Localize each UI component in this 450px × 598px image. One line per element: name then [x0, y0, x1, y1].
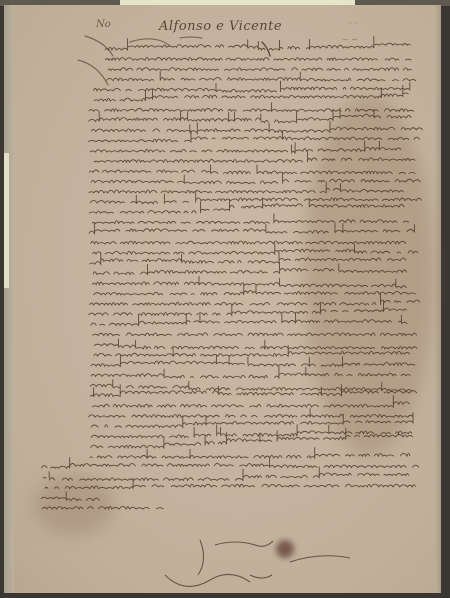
script-line — [90, 379, 412, 391]
script-line — [108, 68, 412, 71]
script-line — [43, 466, 409, 480]
script-line — [90, 141, 407, 154]
script-line — [92, 395, 410, 407]
script-line — [91, 355, 416, 367]
script-line — [94, 152, 416, 163]
script-line — [89, 222, 415, 233]
script-line — [90, 447, 410, 458]
script-line — [91, 366, 416, 378]
script-line — [88, 130, 419, 142]
script-line — [41, 492, 100, 501]
script-line — [94, 85, 409, 101]
script-line — [93, 333, 417, 336]
script-line — [94, 339, 417, 349]
script-line — [93, 262, 407, 274]
script-line — [94, 81, 410, 92]
script-line — [41, 457, 419, 468]
script-line — [91, 121, 422, 134]
script-line — [42, 506, 164, 509]
script-line — [90, 293, 420, 305]
script-line — [89, 102, 414, 111]
script-line — [88, 408, 417, 417]
script-line — [91, 241, 410, 244]
script-line — [90, 428, 413, 448]
script-line — [105, 58, 415, 61]
script-line — [92, 276, 406, 288]
script-line — [93, 284, 415, 295]
script-line — [91, 173, 427, 184]
script-line — [45, 478, 416, 489]
script-line — [92, 214, 409, 224]
script-line — [89, 165, 415, 174]
script-line — [106, 71, 416, 81]
script-line — [91, 412, 413, 427]
manuscript-text-lines — [0, 0, 450, 598]
